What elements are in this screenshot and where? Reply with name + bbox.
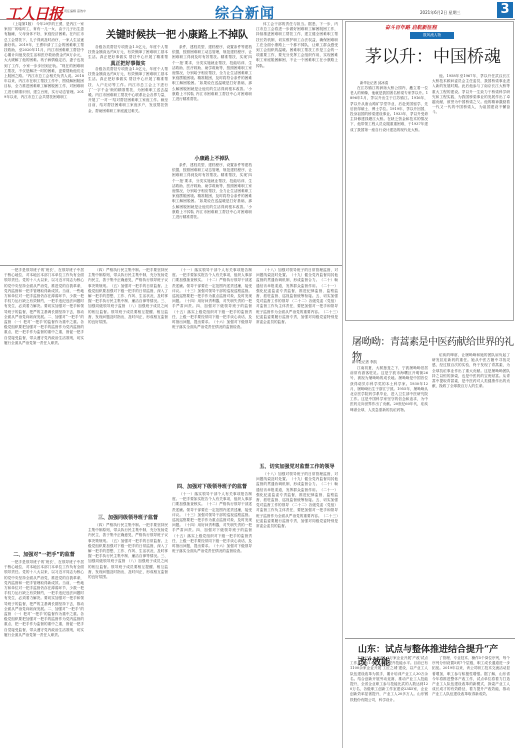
top-story-column-4: 体工会干部的责任与担当。据悉，下一步，内江市总工会将进一步做好困难职工解困脱困工… — [256, 22, 338, 262]
top-story-headline-right: 小康路上不掉队 — [178, 26, 248, 41]
feature-byline: 新华社记者 邱冰清 — [360, 80, 388, 85]
top-story-headline-left: 关键时候扶一把 — [106, 26, 176, 41]
document-column-3b: （十一）落实领导干部个人有关事项报告制度。一把手要如实报告个人有关事项，组织人事… — [172, 492, 252, 746]
document-column-2b: （四）严格执行民主集中制。一把手要坚持民主集中制原则，带头执行民主集中制，充分发… — [88, 523, 168, 746]
second-story-byline: 新华社记者 李凯 — [352, 359, 377, 364]
document-column-3: （十一）落实领导干部个人有关事项报告制度。一把手要如实报告个人有关事项，组织人事… — [172, 268, 252, 476]
document-column-4b: （十八）加强对领导班子的日常管理监督，对问题线索及时处置。（十九）健全党内监督同… — [256, 472, 338, 746]
document-column-1b: 一把手是领导班子的‘班长’，在领导班子中居于核心地位，对本地区本部门本单位工作负… — [4, 560, 84, 746]
top-story-column-3b: 条件，建档类型、建档程序，设置条件等建档依据，按照困难职工动态管理，规范建档程序… — [172, 163, 252, 262]
subhead-true-good-deeds: 真正把好事做实 — [88, 60, 168, 67]
issue-date: 2021年6月2日 星期三 — [420, 10, 461, 16]
top-story-column-2: 各级各类帮扶专项资金1.5亿元，年度个人帮扶资金额高达约8万元，有效保障了困难职… — [88, 45, 168, 59]
feature-tag: 数风流人物 — [410, 32, 454, 39]
top-story-column-2b: 各级各类帮扶专项资金1.5亿元，年度个人帮扶资金额高达约8万元，有效保障了困难职… — [88, 67, 168, 262]
newspaper-logo: 工人日报 — [6, 3, 62, 24]
section-head-5: 五、切实加强党对监督工作的领导 — [256, 463, 338, 470]
feature-column-1: 在江苏镇江的润扬大桥公园内，矗立着一位老人的铜像，他就是我国著名桥梁专家茅以升。… — [350, 86, 428, 316]
second-story-column-1: 江南初夏，大树葱茏之下，宁波屠呦呦旧居前常有游客驻足。这是宁波市海曙区开明街26… — [350, 366, 428, 628]
masthead: 工人日报 责任编辑 高效中 综合新闻 2021年6月2日 星期三 3 — [0, 0, 515, 20]
subhead-no-one-left-behind: 小康路上不掉队 — [172, 155, 252, 162]
third-story-column-1: 本报记者 山东省1.3万家企业开展‘产改’试点工作，帮助1.6万名职工提升技能水… — [350, 656, 428, 746]
document-column-4: （十八）加强对领导班子的日常管理监督，对问题线索及时处置。（十九）健全党内监督同… — [256, 268, 338, 458]
divider-third-story — [345, 638, 515, 639]
page-number: 3 — [497, 2, 513, 18]
document-column-2: （四）严格执行民主集中制。一把手要坚持民主集中制原则，带头执行民主集中制，充分发… — [88, 268, 168, 508]
section-head-3: 三、加强同级领导班子监督 — [88, 514, 168, 521]
section-title: 综合新闻 — [215, 3, 275, 23]
second-story-column-2: 疟疾的肆虐，让屠呦呦和她的团队肩负起了研发抗疟新药的重任。她从中医古籍中寻找灵感… — [432, 353, 510, 628]
editor-credit: 责任编辑 高效中 — [64, 9, 86, 13]
feature-headline: 茅以升：中国桥魂 — [365, 42, 501, 67]
column-divider — [342, 20, 343, 748]
feature-kicker: 奋斗百年路 启航新征程 — [385, 24, 437, 31]
third-story-column-2: 了管理、专业技术、操作5个岗位序列，每个序列分别设置5到7个层级，职工成长通道进… — [432, 656, 510, 746]
section-head-4: 四、加强对下级领导班子的监督 — [172, 483, 252, 490]
top-story-column-1: （上接第1版） 今年29岁的王勇，是内江一家家纺厂的临时工，育有一儿一女，由于儿… — [4, 22, 84, 262]
divider-top-story — [0, 265, 342, 266]
top-story-column-3: 条件，建档类型、建档程序，设置条件等建档依据，按照困难职工动态管理，规范建档程序… — [172, 45, 252, 163]
section-head-2: 二、加强对“一把手”的监督 — [4, 551, 84, 558]
feature-column-2: 他。1958年至1967年，茅以升任武汉长江大桥技术顾问委员会主任委员，我国桥梁… — [432, 74, 510, 316]
document-column-1: 一把手是领导班子的‘班长’，在领导班子中居于核心地位，对本地区本部门本单位工作负… — [4, 268, 84, 546]
